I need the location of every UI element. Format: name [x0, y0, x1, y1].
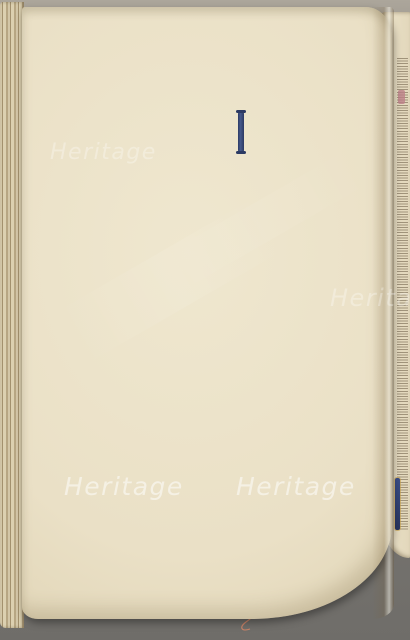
facing-page-ornament-bottom	[395, 478, 400, 530]
blue-initial-I	[238, 112, 244, 152]
manuscript-photo: ⁓ ad thessalonicẽses. – nouimus eos qui …	[0, 0, 410, 640]
page-crease-shadow	[372, 7, 394, 619]
manuscript-page	[22, 7, 392, 619]
facing-page-ornament-top	[398, 90, 405, 104]
book-fore-edge-pages	[0, 2, 24, 628]
facing-page-text	[397, 58, 408, 530]
